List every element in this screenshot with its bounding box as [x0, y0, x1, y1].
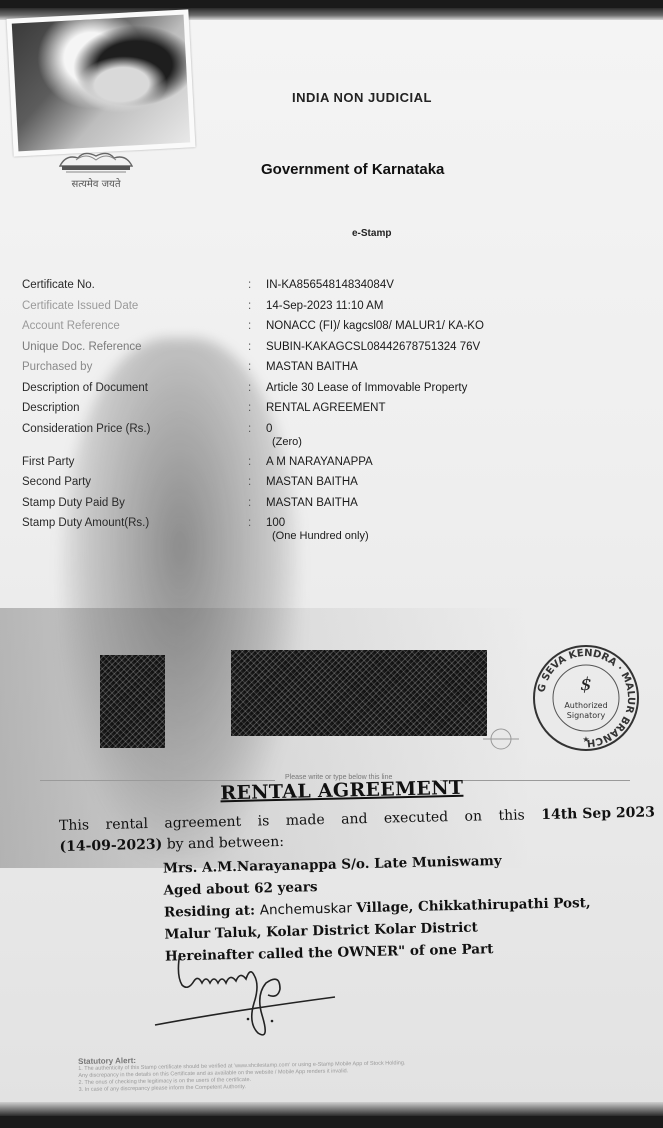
field-value-words: (Zero): [272, 436, 302, 448]
field-value: IN-KA85654814834084V: [266, 279, 394, 291]
field-value: 14-Sep-2023 11:10 AM: [266, 300, 383, 312]
field-value: Article 30 Lease of Immovable Property: [266, 382, 467, 394]
registration-mark-icon: [483, 726, 519, 752]
state-emblem: सत्यमेव जयते: [52, 148, 140, 190]
field-stamp-duty-amount: Stamp Duty Amount(Rs.) : 100 (One Hundre…: [22, 517, 522, 550]
agreement-date-numeric: (14-09-2023): [59, 837, 162, 855]
header-e-stamp: e-Stamp: [352, 228, 391, 239]
field-value: NONACC (FI)/ kagcsl08/ MALUR1/ KA-KO: [266, 320, 484, 332]
passport-photo-image: [12, 15, 190, 152]
field-value: SUBIN-KAKAGCSL08442678751324 76V: [266, 341, 480, 353]
field-value-words: (One Hundred only): [272, 530, 369, 542]
field-certificate-no: Certificate No. : IN-KA85654814834084V: [22, 279, 522, 300]
field-value: RENTAL AGREEMENT: [266, 402, 386, 414]
field-label: Stamp Duty Amount(Rs.): [22, 517, 252, 529]
svg-text:Signatory: Signatory: [567, 711, 606, 720]
field-label: Certificate Issued Date: [22, 300, 252, 312]
redacted-qr-block: [100, 655, 165, 748]
field-issued-date: Certificate Issued Date : 14-Sep-2023 11…: [22, 300, 522, 321]
field-label: Description: [22, 402, 252, 414]
svg-text:★: ★: [582, 735, 589, 744]
field-label: Stamp Duty Paid By: [22, 497, 252, 509]
field-label: Unique Doc. Reference: [22, 341, 252, 353]
field-label: Description of Document: [22, 382, 252, 394]
emblem-motto: सत्यमेव जयते: [52, 176, 140, 190]
field-value: 0: [266, 423, 272, 435]
field-label: First Party: [22, 456, 252, 468]
field-consideration-price: Consideration Price (Rs.) : 0 (Zero): [22, 423, 522, 456]
field-stamp-duty-paid-by: Stamp Duty Paid By : MASTAN BAITHA: [22, 497, 522, 518]
redacted-barcode-block: [231, 650, 487, 736]
field-value: 100: [266, 517, 285, 529]
field-unique-doc-reference: Unique Doc. Reference : SUBIN-KAKAGCSL08…: [22, 341, 522, 362]
field-value: MASTAN BAITHA: [266, 476, 358, 488]
header-government: Government of Karnataka: [261, 161, 444, 178]
field-first-party: First Party : A M NARAYANAPPA: [22, 456, 522, 477]
field-purchased-by: Purchased by : MASTAN BAITHA: [22, 361, 522, 382]
field-second-party: Second Party : MASTAN BAITHA: [22, 476, 522, 497]
field-description: Description : RENTAL AGREEMENT: [22, 402, 522, 423]
field-label: Second Party: [22, 476, 252, 488]
passport-photo: [7, 9, 196, 156]
ashoka-emblem-icon: [56, 148, 136, 174]
certificate-fields: Certificate No. : IN-KA85654814834084V C…: [22, 279, 522, 550]
field-description-of-document: Description of Document : Article 30 Lea…: [22, 382, 522, 403]
svg-text:Authorized: Authorized: [564, 701, 607, 710]
field-label: Purchased by: [22, 361, 252, 373]
agreement-date: 14th Sep 2023: [541, 804, 655, 823]
field-account-reference: Account Reference : NONACC (FI)/ kagcsl0…: [22, 320, 522, 341]
header-india-non-judicial: INDIA NON JUDICIAL: [292, 90, 432, 105]
paper-bottom-edge: [0, 1102, 663, 1116]
authorized-signatory-seal-icon: G SEVA KENDRA · MALUR BRANCH $ Authorize…: [530, 642, 642, 754]
svg-text:$: $: [580, 674, 591, 695]
field-value: MASTAN BAITHA: [266, 361, 358, 373]
owner-signature: [150, 945, 390, 1045]
field-value: A M NARAYANAPPA: [266, 456, 373, 468]
field-label: Account Reference: [22, 320, 252, 332]
svg-text:G SEVA KENDRA · MALUR BRANCH: G SEVA KENDRA · MALUR BRANCH: [536, 648, 636, 748]
field-label: Consideration Price (Rs.): [22, 423, 252, 435]
field-label: Certificate No.: [22, 279, 252, 291]
field-value: MASTAN BAITHA: [266, 497, 358, 509]
